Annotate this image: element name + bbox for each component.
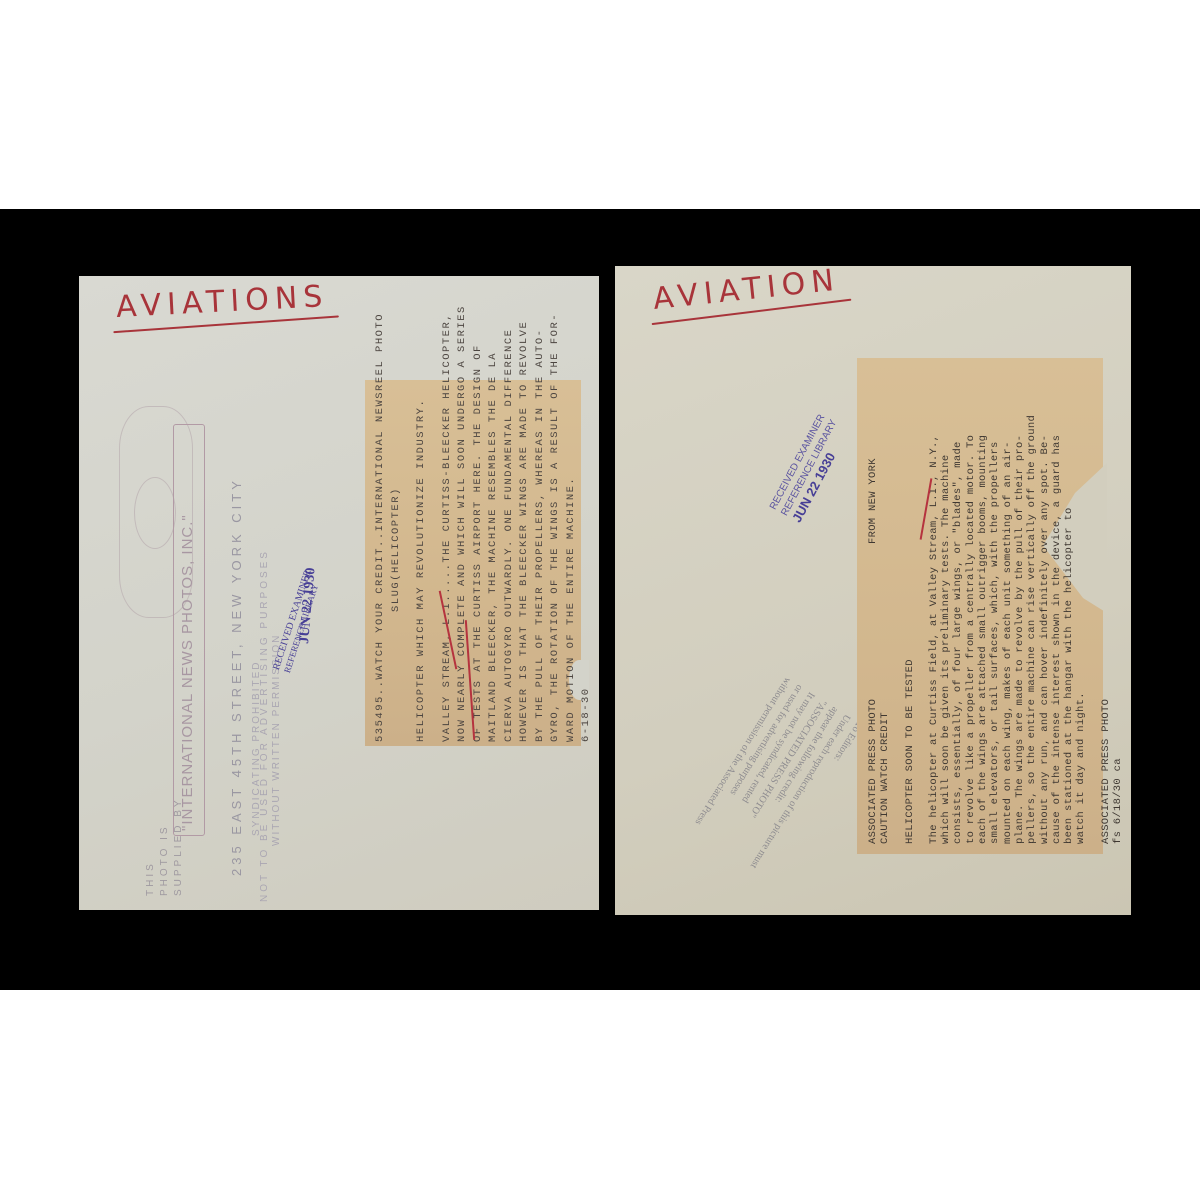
caption-line: HOWEVER IS THAT THE BLEECKER WINGS ARE M… — [517, 305, 533, 742]
caption-line: mounted on each wing, makes of each unit… — [1002, 415, 1014, 844]
caption-line: cause of the intense interest shown in t… — [1051, 415, 1063, 844]
caption-line: which will soon be given its preliminary… — [940, 415, 952, 844]
caption-line: consists, essentially, of four large win… — [952, 415, 964, 844]
caption-line: VALLEY STREAM, L.I.....THE CURTISS-BLEEC… — [440, 305, 456, 742]
caption-line: plane. The wings are made to revolve by … — [1014, 415, 1026, 844]
caption-line: ASSOCIATED PRESS PHOTO — [1100, 415, 1112, 844]
caption-line: fs 6/18/30 ca — [1112, 415, 1124, 844]
caption-line: WARD MOTION OF THE ENTIRE MACHINE. — [564, 305, 580, 742]
intro-line: PHOTO IS — [158, 797, 172, 896]
caption-line: to revolve like a propeller from a centr… — [965, 415, 977, 844]
ap-credit-stamp: To Editors:Under each reproduction of th… — [687, 674, 865, 878]
caption-line: CIERVA AUTOGYRO OUTWARDLY. ONE FUNDAMENT… — [502, 305, 518, 742]
right-photo-back: AVIATION RECEIVED EXAMINER REFERENCE LIB… — [615, 266, 1131, 915]
caption-line: watch it day and night. — [1075, 415, 1087, 844]
caption-line: 535495..WATCH YOUR CREDIT..INTERNATIONAL… — [373, 305, 389, 742]
caption-text: ASSOCIATED PRESS PHOTOCAUTION WATCH CRED… — [867, 415, 1124, 844]
caption-line: FROM NEW YORK — [867, 458, 879, 544]
received-stamp: RECEIVED EXAMINER REFERENCE LIBRARY JUN … — [767, 411, 852, 524]
caption-line: without any run, and can hover indefinit… — [1039, 415, 1051, 844]
caption-clipping: ASSOCIATED PRESS PHOTOCAUTION WATCH CRED… — [857, 358, 1103, 854]
handwritten-label: AVIATIONS — [115, 279, 329, 325]
caption-text: 535495..WATCH YOUR CREDIT..INTERNATIONAL… — [373, 305, 595, 742]
caption-line: BY THE PULL OF THEIR PROPELLERS, WHEREAS… — [533, 305, 549, 742]
handwritten-label: AVIATION — [651, 266, 841, 317]
usage-notice: NOT TO BE USED FOR ADVERTISING PURPOSES — [259, 549, 270, 902]
caption-line: pellers, so the entire machine can rise … — [1026, 415, 1038, 844]
caption-line: small elevators, or tail surfaces, which… — [989, 415, 1001, 844]
caption-line: HELICOPTER WHICH MAY REVOLUTIONIZE INDUS… — [414, 305, 430, 742]
caption-line: been stationed at the hangar with the he… — [1063, 415, 1075, 844]
caption-line: each of the wings are attached small out… — [977, 415, 989, 844]
caption-line: HELICOPTER SOON TO BE TESTED — [904, 415, 916, 844]
caption-clipping: 535495..WATCH YOUR CREDIT..INTERNATIONAL… — [365, 380, 581, 746]
intro-line: THIS — [144, 797, 158, 896]
supplier-name: "INTERNATIONAL NEWS PHOTOS, INC." — [179, 514, 196, 831]
caption-line: CAUTION WATCH CREDIT — [879, 415, 891, 844]
caption-line: SLUG(HELICOPTER) — [389, 305, 405, 742]
supplier-address: 235 EAST 45TH STREET, NEW YORK CITY — [229, 477, 244, 876]
caption-line: GYRO, THE ROTATION OF THE WINGS IS A RES… — [548, 305, 564, 742]
left-photo-back: AVIATIONS THIS PHOTO IS SUPPLIED BY "INT… — [79, 276, 599, 910]
caption-line: 6-18-30 — [579, 305, 595, 742]
caption-line: OF TESTS AT THE CURTISS AIRPORT HERE. TH… — [471, 305, 487, 742]
caption-line: MAITLAND BLEECKER, THE MACHINE RESEMBLES… — [486, 305, 502, 742]
